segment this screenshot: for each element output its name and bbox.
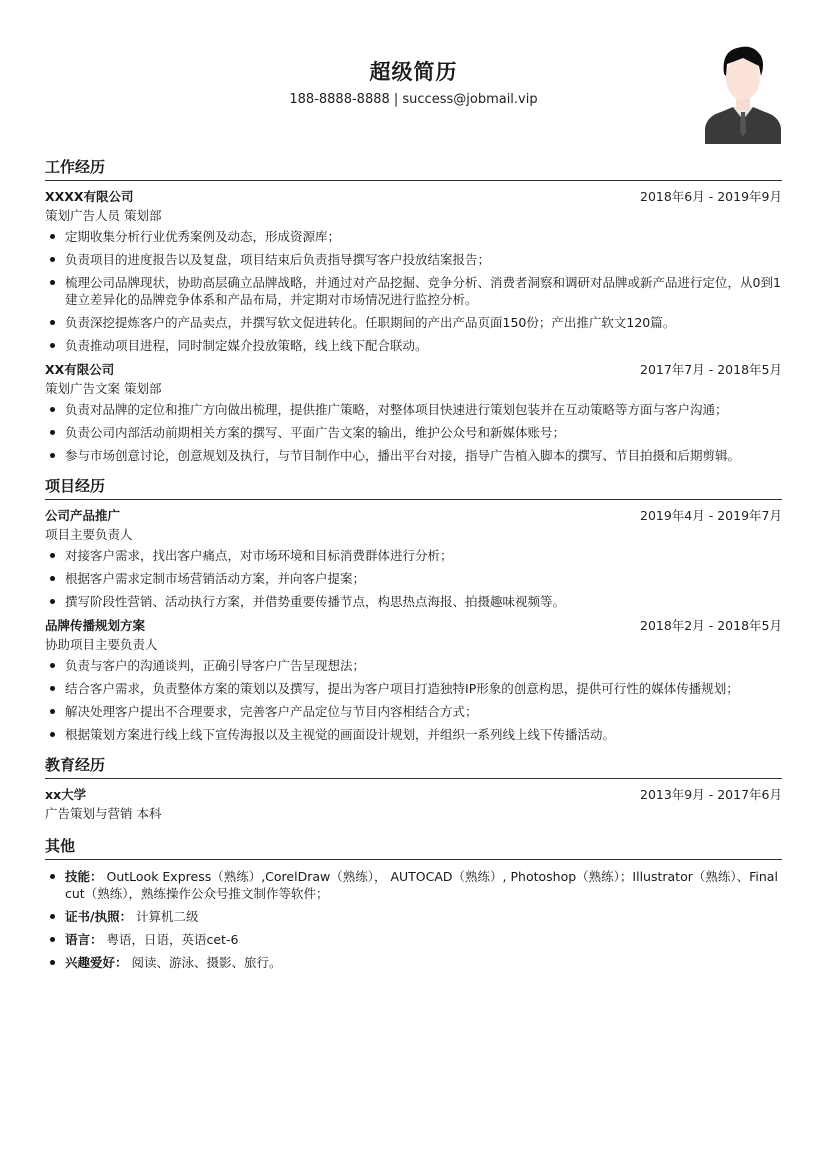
company-name: XX有限公司 xyxy=(45,360,114,379)
item-label: 兴趣爱好： xyxy=(65,955,128,970)
project-name: 品牌传播规划方案 xyxy=(45,616,145,635)
work-entry: XX有限公司 2017年7月 - 2018年5月 策划广告文案 策划部 负责对品… xyxy=(45,360,782,464)
bullet-text: 负责推动项目进程，同时制定媒介投放策略，线上线下配合联动。 xyxy=(65,338,428,353)
bullet-text: 负责深挖提炼客户的产品卖点，并撰写软文促进转化。任职期间的产出产品页面150份；… xyxy=(65,315,675,330)
date-range: 2019年4月 - 2019年7月 xyxy=(640,506,782,525)
item-text: OutLook Express（熟练）,CorelDraw（熟练）， AUTOC… xyxy=(65,869,778,901)
list-item-skills: 技能： OutLook Express（熟练）,CorelDraw（熟练）， A… xyxy=(65,868,782,902)
bullet-icon xyxy=(50,553,55,558)
list-item: 解决处理客户提出不合理要求，完善客户产品定位与节目内容相结合方式； xyxy=(65,703,782,720)
section-title: 教育经历 xyxy=(45,755,782,779)
bullet-icon xyxy=(50,937,55,942)
bullet-text: 负责项目的进度报告以及复盘，项目结束后负责指导撰写客户投放结案报告； xyxy=(65,252,490,267)
job-title: 策划广告文案 策划部 xyxy=(45,379,782,399)
bullet-icon xyxy=(50,874,55,879)
date-range: 2013年9月 - 2017年6月 xyxy=(640,785,782,804)
bullet-text: 参与市场创意讨论，创意规划及执行，与节目制作中心，播出平台对接，指导广告植入脚本… xyxy=(65,448,740,463)
list-item: 结合客户需求，负责整体方案的策划以及撰写，提出为客户项目打造独特IP形象的创意构… xyxy=(65,680,782,697)
project-role: 项目主要负责人 xyxy=(45,525,782,545)
project-name: 公司产品推广 xyxy=(45,506,120,525)
section-projects: 项目经历 公司产品推广 2019年4月 - 2019年7月 项目主要负责人 对接… xyxy=(45,476,782,743)
list-item-languages: 语言： 粤语，日语，英语cet-6 xyxy=(65,931,782,948)
bullet-icon xyxy=(50,709,55,714)
list-item: 负责对品牌的定位和推广方向做出梳理，提供推广策略，对整体项目快速进行策划包装并在… xyxy=(65,401,782,418)
bullet-list: 技能： OutLook Express（熟练）,CorelDraw（熟练）， A… xyxy=(45,868,782,971)
bullet-list: 对接客户需求，找出客户痛点，对市场环境和目标消费群体进行分析； 根据客户需求定制… xyxy=(45,547,782,610)
project-entry: 品牌传播规划方案 2018年2月 - 2018年5月 协助项目主要负责人 负责与… xyxy=(45,616,782,743)
list-item: 根据客户需求定制市场营销活动方案，并向客户提案； xyxy=(65,570,782,587)
list-item: 负责推动项目进程，同时制定媒介投放策略，线上线下配合联动。 xyxy=(65,337,782,354)
resume-page: 超级简历 188-8888-8888 | success@jobmail.vip… xyxy=(45,0,782,977)
section-title: 其他 xyxy=(45,836,782,860)
list-item: 定期收集分析行业优秀案例及动态，形成资源库； xyxy=(65,228,782,245)
bullet-text: 负责公司内部活动前期相关方案的撰写、平面广告文案的输出，维护公众号和新媒体账号； xyxy=(65,425,565,440)
list-item: 负责与客户的沟通谈判，正确引导客户广告呈现想法； xyxy=(65,657,782,674)
section-education: 教育经历 xx大学 2013年9月 - 2017年6月 广告策划与营销 本科 xyxy=(45,755,782,824)
bullet-list: 定期收集分析行业优秀案例及动态，形成资源库； 负责项目的进度报告以及复盘，项目结… xyxy=(45,228,782,354)
item-text: 粤语，日语，英语cet-6 xyxy=(103,932,239,947)
bullet-text: 解决处理客户提出不合理要求，完善客户产品定位与节目内容相结合方式； xyxy=(65,704,478,719)
bullet-icon xyxy=(50,407,55,412)
date-range: 2018年6月 - 2019年9月 xyxy=(640,187,782,206)
list-item: 负责深挖提炼客户的产品卖点，并撰写软文促进转化。任职期间的产出产品页面150份；… xyxy=(65,314,782,331)
bullet-icon xyxy=(50,960,55,965)
list-item-hobbies: 兴趣爱好： 阅读、游泳、摄影、旅行。 xyxy=(65,954,782,971)
bullet-text: 梳理公司品牌现状，协助高层确立品牌战略，并通过对产品挖掘、竞争分析、消费者洞察和… xyxy=(65,275,781,307)
company-name: XXXX有限公司 xyxy=(45,187,134,206)
bullet-text: 负责与客户的沟通谈判，正确引导客户广告呈现想法； xyxy=(65,658,365,673)
project-role: 协助项目主要负责人 xyxy=(45,635,782,655)
candidate-name: 超级简历 xyxy=(45,56,782,86)
item-label: 语言： xyxy=(65,932,103,947)
avatar-icon xyxy=(703,40,783,144)
project-entry: 公司产品推广 2019年4月 - 2019年7月 项目主要负责人 对接客户需求，… xyxy=(45,506,782,610)
bullet-icon xyxy=(50,576,55,581)
section-title: 工作经历 xyxy=(45,157,782,181)
bullet-text: 负责对品牌的定位和推广方向做出梳理，提供推广策略，对整体项目快速进行策划包装并在… xyxy=(65,402,728,417)
bullet-icon xyxy=(50,234,55,239)
section-work-experience: 工作经历 XXXX有限公司 2018年6月 - 2019年9月 策划广告人员 策… xyxy=(45,157,782,464)
bullet-text: 结合客户需求，负责整体方案的策划以及撰写，提出为客户项目打造独特IP形象的创意构… xyxy=(65,681,739,696)
bullet-icon xyxy=(50,453,55,458)
bullet-icon xyxy=(50,430,55,435)
bullet-icon xyxy=(50,732,55,737)
item-label: 证书/执照： xyxy=(65,909,132,924)
section-other: 其他 技能： OutLook Express（熟练）,CorelDraw（熟练）… xyxy=(45,836,782,971)
resume-header: 超级简历 188-8888-8888 | success@jobmail.vip xyxy=(45,0,782,145)
education-entry: xx大学 2013年9月 - 2017年6月 广告策划与营销 本科 xyxy=(45,785,782,824)
contact-info: 188-8888-8888 | success@jobmail.vip xyxy=(45,92,782,107)
bullet-icon xyxy=(50,257,55,262)
list-item: 对接客户需求，找出客户痛点，对市场环境和目标消费群体进行分析； xyxy=(65,547,782,564)
major-degree: 广告策划与营销 本科 xyxy=(45,804,782,824)
list-item: 负责项目的进度报告以及复盘，项目结束后负责指导撰写客户投放结案报告； xyxy=(65,251,782,268)
bullet-icon xyxy=(50,686,55,691)
list-item: 撰写阶段性营销、活动执行方案，并借势重要传播节点，构思热点海报、拍摄趣味视频等。 xyxy=(65,593,782,610)
bullet-icon xyxy=(50,663,55,668)
section-title: 项目经历 xyxy=(45,476,782,500)
bullet-icon xyxy=(50,914,55,919)
date-range: 2018年2月 - 2018年5月 xyxy=(640,616,782,635)
bullet-list: 负责对品牌的定位和推广方向做出梳理，提供推广策略，对整体项目快速进行策划包装并在… xyxy=(45,401,782,464)
bullet-text: 根据策划方案进行线上线下宣传海报以及主视觉的画面设计规划，并组织一系列线上线下传… xyxy=(65,727,615,742)
bullet-icon xyxy=(50,343,55,348)
job-title: 策划广告人员 策划部 xyxy=(45,206,782,226)
bullet-text: 根据客户需求定制市场营销活动方案，并向客户提案； xyxy=(65,571,365,586)
list-item: 根据策划方案进行线上线下宣传海报以及主视觉的画面设计规划，并组织一系列线上线下传… xyxy=(65,726,782,743)
item-text: 阅读、游泳、摄影、旅行。 xyxy=(128,955,282,970)
bullet-text: 定期收集分析行业优秀案例及动态，形成资源库； xyxy=(65,229,340,244)
item-label: 技能： xyxy=(65,869,103,884)
item-text: 计算机二级 xyxy=(132,909,198,924)
date-range: 2017年7月 - 2018年5月 xyxy=(640,360,782,379)
list-item: 参与市场创意讨论，创意规划及执行，与节目制作中心，播出平台对接，指导广告植入脚本… xyxy=(65,447,782,464)
work-entry: XXXX有限公司 2018年6月 - 2019年9月 策划广告人员 策划部 定期… xyxy=(45,187,782,354)
bullet-icon xyxy=(50,599,55,604)
bullet-list: 负责与客户的沟通谈判，正确引导客户广告呈现想法； 结合客户需求，负责整体方案的策… xyxy=(45,657,782,743)
list-item: 负责公司内部活动前期相关方案的撰写、平面广告文案的输出，维护公众号和新媒体账号； xyxy=(65,424,782,441)
bullet-icon xyxy=(50,280,55,285)
list-item: 梳理公司品牌现状，协助高层确立品牌战略，并通过对产品挖掘、竞争分析、消费者洞察和… xyxy=(65,274,782,308)
school-name: xx大学 xyxy=(45,785,86,804)
bullet-text: 对接客户需求，找出客户痛点，对市场环境和目标消费群体进行分析； xyxy=(65,548,453,563)
list-item-certificates: 证书/执照： 计算机二级 xyxy=(65,908,782,925)
bullet-text: 撰写阶段性营销、活动执行方案，并借势重要传播节点，构思热点海报、拍摄趣味视频等。 xyxy=(65,594,565,609)
bullet-icon xyxy=(50,320,55,325)
